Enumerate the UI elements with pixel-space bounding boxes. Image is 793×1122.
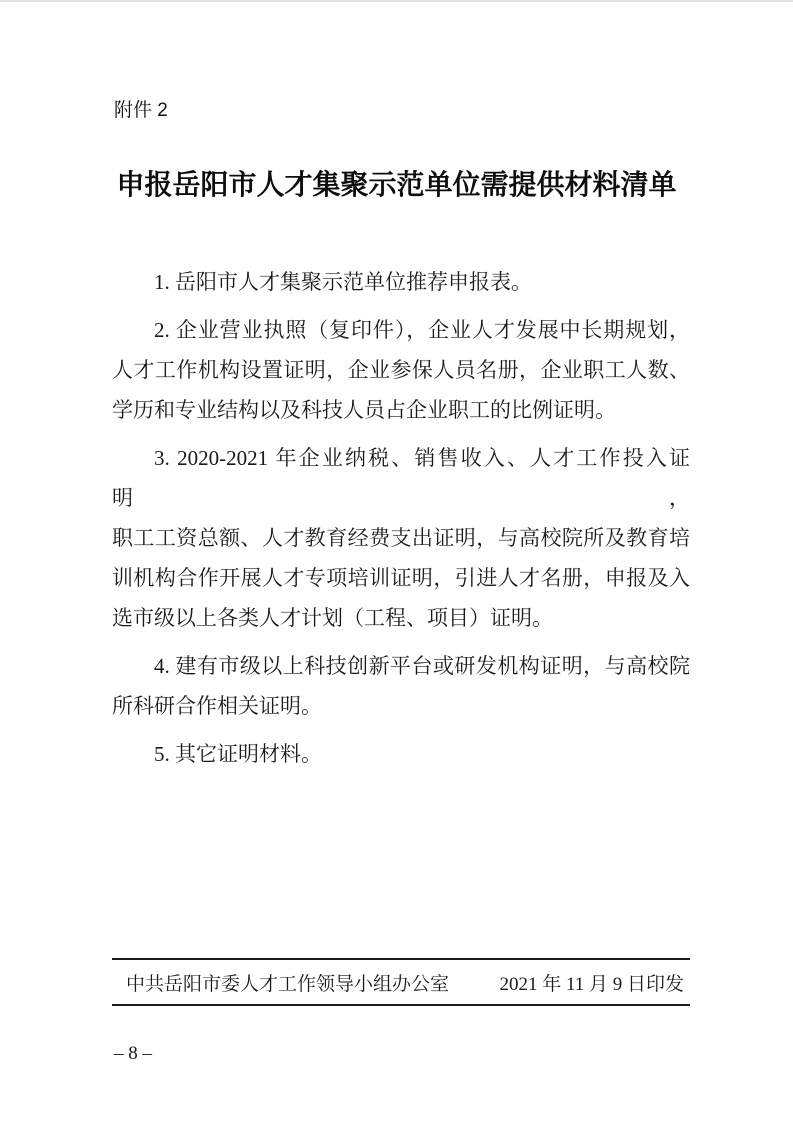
scan-edge-artifact (0, 0, 793, 2)
paragraph: 1. 岳阳市人才集聚示范单位推荐申报表。 (112, 262, 690, 302)
paragraph-line: 人才工作机构设置证明，企业参保人员名册，企业职工人数、 (112, 350, 690, 390)
paragraph-line: 选市级以上各类人才计划（工程、项目）证明。 (112, 598, 690, 638)
page-number: – 8 – (114, 1042, 152, 1066)
issuing-office: 中共岳阳市委人才工作领导小组办公室 (126, 969, 449, 996)
paragraph-line: 学历和专业结构以及科技人员占企业职工的比例证明。 (112, 390, 690, 430)
paragraph-line: 1. 岳阳市人才集聚示范单位推荐申报表。 (112, 262, 690, 302)
document-page: 附件 2 申报岳阳市人才集聚示范单位需提供材料清单 1. 岳阳市人才集聚示范单位… (0, 0, 793, 1122)
paragraph-line: 训机构合作开展人才专项培训证明，引进人才名册，申报及入 (112, 558, 690, 598)
paragraph-line: 职工工资总额、人才教育经费支出证明，与高校院所及教育培 (112, 518, 690, 558)
footer: 中共岳阳市委人才工作领导小组办公室 2021 年 11 月 9 日印发 (112, 958, 690, 1006)
body-paragraphs: 1. 岳阳市人才集聚示范单位推荐申报表。2. 企业营业执照（复印件），企业人才发… (112, 262, 690, 774)
document-title: 申报岳阳市人才集聚示范单位需提供材料清单 (0, 164, 793, 208)
paragraph: 5. 其它证明材料。 (112, 734, 690, 774)
paragraph: 2. 企业营业执照（复印件），企业人才发展中长期规划，人才工作机构设置证明，企业… (112, 310, 690, 430)
issue-date: 2021 年 11 月 9 日印发 (499, 969, 684, 996)
paragraph-line: 3. 2020-2021 年企业纳税、销售收入、人才工作投入证明， (112, 438, 690, 518)
paragraph-line: 5. 其它证明材料。 (112, 734, 690, 774)
paragraph-line: 2. 企业营业执照（复印件），企业人才发展中长期规划， (112, 310, 690, 350)
paragraph-line: 4. 建有市级以上科技创新平台或研发机构证明，与高校院 (112, 646, 690, 686)
paragraph: 3. 2020-2021 年企业纳税、销售收入、人才工作投入证明，职工工资总额、… (112, 438, 690, 638)
paragraph: 4. 建有市级以上科技创新平台或研发机构证明，与高校院所科研合作相关证明。 (112, 646, 690, 726)
footer-row: 中共岳阳市委人才工作领导小组办公室 2021 年 11 月 9 日印发 (112, 960, 690, 1004)
attachment-label: 附件 2 (114, 99, 168, 123)
paragraph-line: 所科研合作相关证明。 (112, 686, 690, 726)
